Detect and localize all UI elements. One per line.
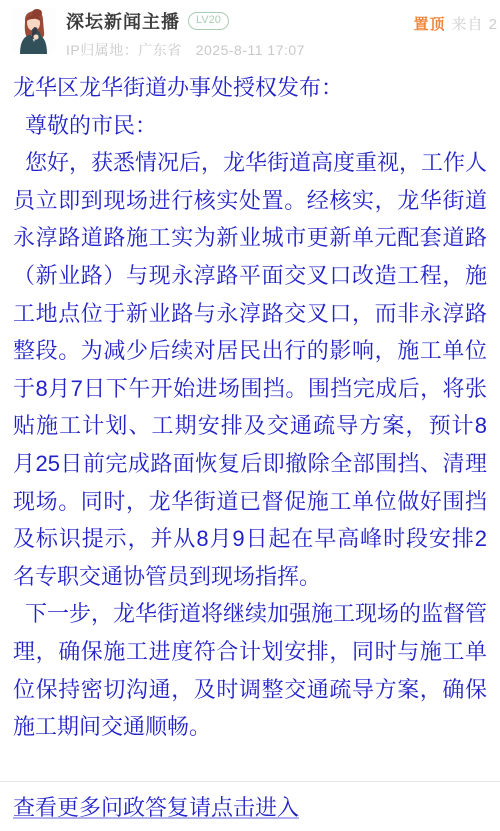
ip-location-label: IP归属地：广东省 bbox=[66, 42, 182, 58]
post-paragraph-title: 龙华区龙华街道办事处授权发布： bbox=[13, 69, 487, 107]
post-footer: 查看更多问政答复请点击进入 bbox=[0, 781, 500, 822]
post-body: 龙华区龙华街道办事处授权发布： 尊敬的市民： 您好，获悉情况后，龙华街道高度重视… bbox=[0, 69, 500, 746]
post-paragraph-main: 您好，获悉情况后，龙华街道高度重视，工作人员立即到现场进行核实处置。经核实，龙华… bbox=[13, 144, 487, 595]
post-meta: IP归属地：广东省2025-8-11 17:07 bbox=[66, 40, 488, 60]
username[interactable]: 深坛新闻主播 bbox=[66, 8, 180, 34]
avatar[interactable] bbox=[12, 8, 56, 54]
post-paragraph-next-steps: 下一步，龙华街道将继续加强施工现场的监督管理，确保施工进度符合计划安排，同时与施… bbox=[13, 595, 487, 745]
timestamp: 2025-8-11 17:07 bbox=[196, 42, 305, 58]
header-right: 置顶来自 2 bbox=[413, 13, 498, 34]
post-header: 深坛新闻主播 LV20 IP归属地：广东省2025-8-11 17:07 置顶来… bbox=[0, 0, 500, 60]
from-label[interactable]: 来自 2 bbox=[451, 16, 498, 33]
more-replies-link[interactable]: 查看更多问政答复请点击进入 bbox=[13, 791, 299, 822]
news-anchor-avatar-icon bbox=[12, 8, 56, 54]
post-paragraph-salutation: 尊敬的市民： bbox=[13, 107, 487, 145]
pinned-badge: 置顶 bbox=[413, 16, 445, 33]
level-badge: LV20 bbox=[188, 12, 229, 30]
